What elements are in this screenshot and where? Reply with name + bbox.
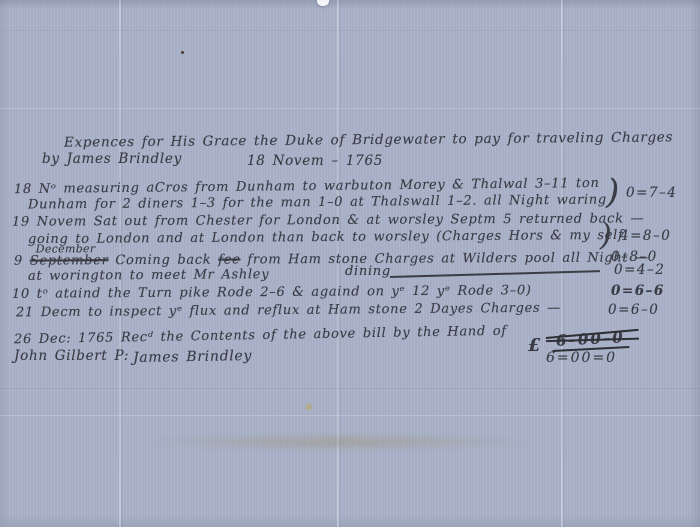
total-final: 6=00=0 [546, 350, 617, 366]
entry-amount: 0=7–4 [626, 185, 677, 201]
signature-james-brindley: James Brindley [133, 348, 252, 366]
paper-stain [140, 433, 535, 451]
ink-brace: ) [606, 172, 619, 212]
paper-tear-notch [317, 0, 329, 6]
fold-crease-horizontal [0, 108, 700, 109]
inserted-word: December [36, 242, 96, 255]
entry-text: Coming back [108, 253, 218, 269]
struck-word: fee [218, 252, 240, 267]
ink-speck [181, 51, 184, 54]
ink-brace: ) [600, 218, 612, 253]
entry-line: at worington to meet Mr Ashley [28, 267, 269, 284]
receipt-line: 26 Dec: 1765 Recᵈ the Contents of the ab… [14, 324, 507, 348]
manuscript-paper: Expences for His Grace the Duke of Bridg… [0, 0, 700, 527]
paper-spot [306, 404, 312, 410]
entry-line: 10 tᵒ ataind the Turn pike Rode 2–6 & ag… [12, 283, 532, 302]
entry-amount: 0=6–0 [608, 302, 659, 318]
entry-line: 19 Novem Sat out from Chester for London… [12, 211, 644, 229]
correction: SeptemberDecember [30, 253, 109, 268]
fold-crease-horizontal [0, 415, 700, 416]
entry-amount: 0=4–2 [614, 262, 665, 278]
total-struck: 6–00–0 [552, 328, 630, 352]
entry-amount: 4=8–0 [620, 228, 671, 244]
entry-text: from Ham stone Charges at Wilders pool a… [240, 250, 648, 267]
entry-day: 9 [14, 254, 30, 269]
entry-line: 9 SeptemberDecember Coming back fee from… [14, 250, 649, 268]
fold-crease-horizontal [0, 30, 700, 31]
pound-symbol: £ [528, 335, 541, 356]
signature-john-gilbert: John Gilbert P: [14, 348, 129, 364]
struck-total-value: 6–00–0 [552, 328, 630, 352]
entry-line: 21 Decm to inspect yᵉ flux and reflux at… [16, 301, 561, 321]
document-date: 18 Novem – 1765 [247, 153, 383, 169]
ink-dash [390, 270, 600, 277]
document-title: Expences for His Grace the Duke of Bridg… [64, 129, 673, 150]
entry-line: dining [345, 264, 391, 279]
fold-crease-horizontal [0, 388, 700, 389]
document-byline: by James Brindley [42, 151, 182, 167]
entry-amount: 0=6–6 [611, 283, 665, 299]
entry-line: going to London and at London than back … [28, 228, 624, 247]
